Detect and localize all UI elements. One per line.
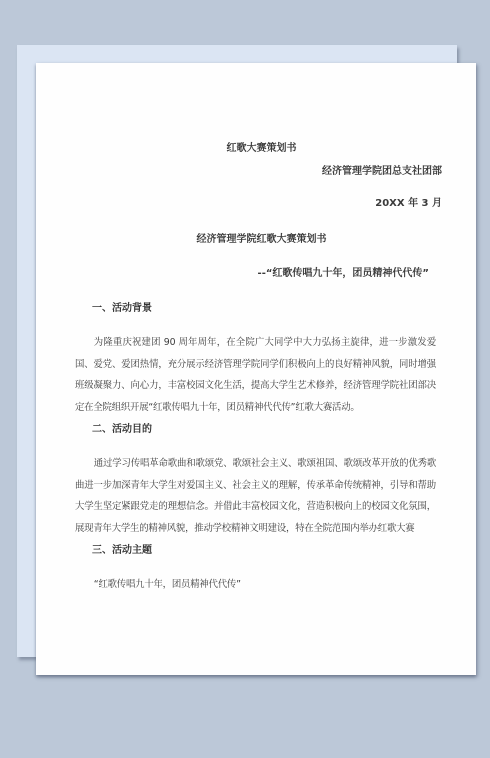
doc-header-title: 红歌大赛策划书 <box>75 137 436 160</box>
document-page: 红歌大赛策划书 经济管理学院团总支社团部 20XX 年 3 月 经济管理学院红歌… <box>36 63 476 675</box>
doc-header-organization: 经济管理学院团总支社团部 <box>75 160 442 183</box>
desktop-background: 红歌大赛策划书 经济管理学院团总支社团部 20XX 年 3 月 经济管理学院红歌… <box>0 0 490 758</box>
section-heading: 一、活动背景 <box>75 297 436 320</box>
doc-subtitle: --“红歌传唱九十年，团员精神代代传” <box>75 262 429 285</box>
paragraph: 通过学习传唱革命歌曲和歌颂党、歌颂社会主义、歌颂祖国、歌颂改革开放的优秀歌曲进一… <box>75 453 436 539</box>
section-activity-background: 一、活动背景 为隆重庆祝建团 90 周年周年，在全院广大同学中大力弘扬主旋律，进… <box>75 297 436 418</box>
doc-header-date: 20XX 年 3 月 <box>75 192 442 215</box>
section-activity-purpose: 二、活动目的 通过学习传唱革命歌曲和歌颂党、歌颂社会主义、歌颂祖国、歌颂改革开放… <box>75 418 436 539</box>
paragraph: 为隆重庆祝建团 90 周年周年，在全院广大同学中大力弘扬主旋律，进一步激发爱国、… <box>75 332 436 418</box>
section-heading: 二、活动目的 <box>75 418 436 441</box>
section-activity-theme: 三、活动主题 “红歌传唱九十年，团员精神代代传” <box>75 539 436 596</box>
doc-main-title: 经济管理学院红歌大赛策划书 <box>75 228 436 251</box>
theme-quote: “红歌传唱九十年，团员精神代代传” <box>75 574 436 596</box>
section-heading: 三、活动主题 <box>75 539 436 562</box>
